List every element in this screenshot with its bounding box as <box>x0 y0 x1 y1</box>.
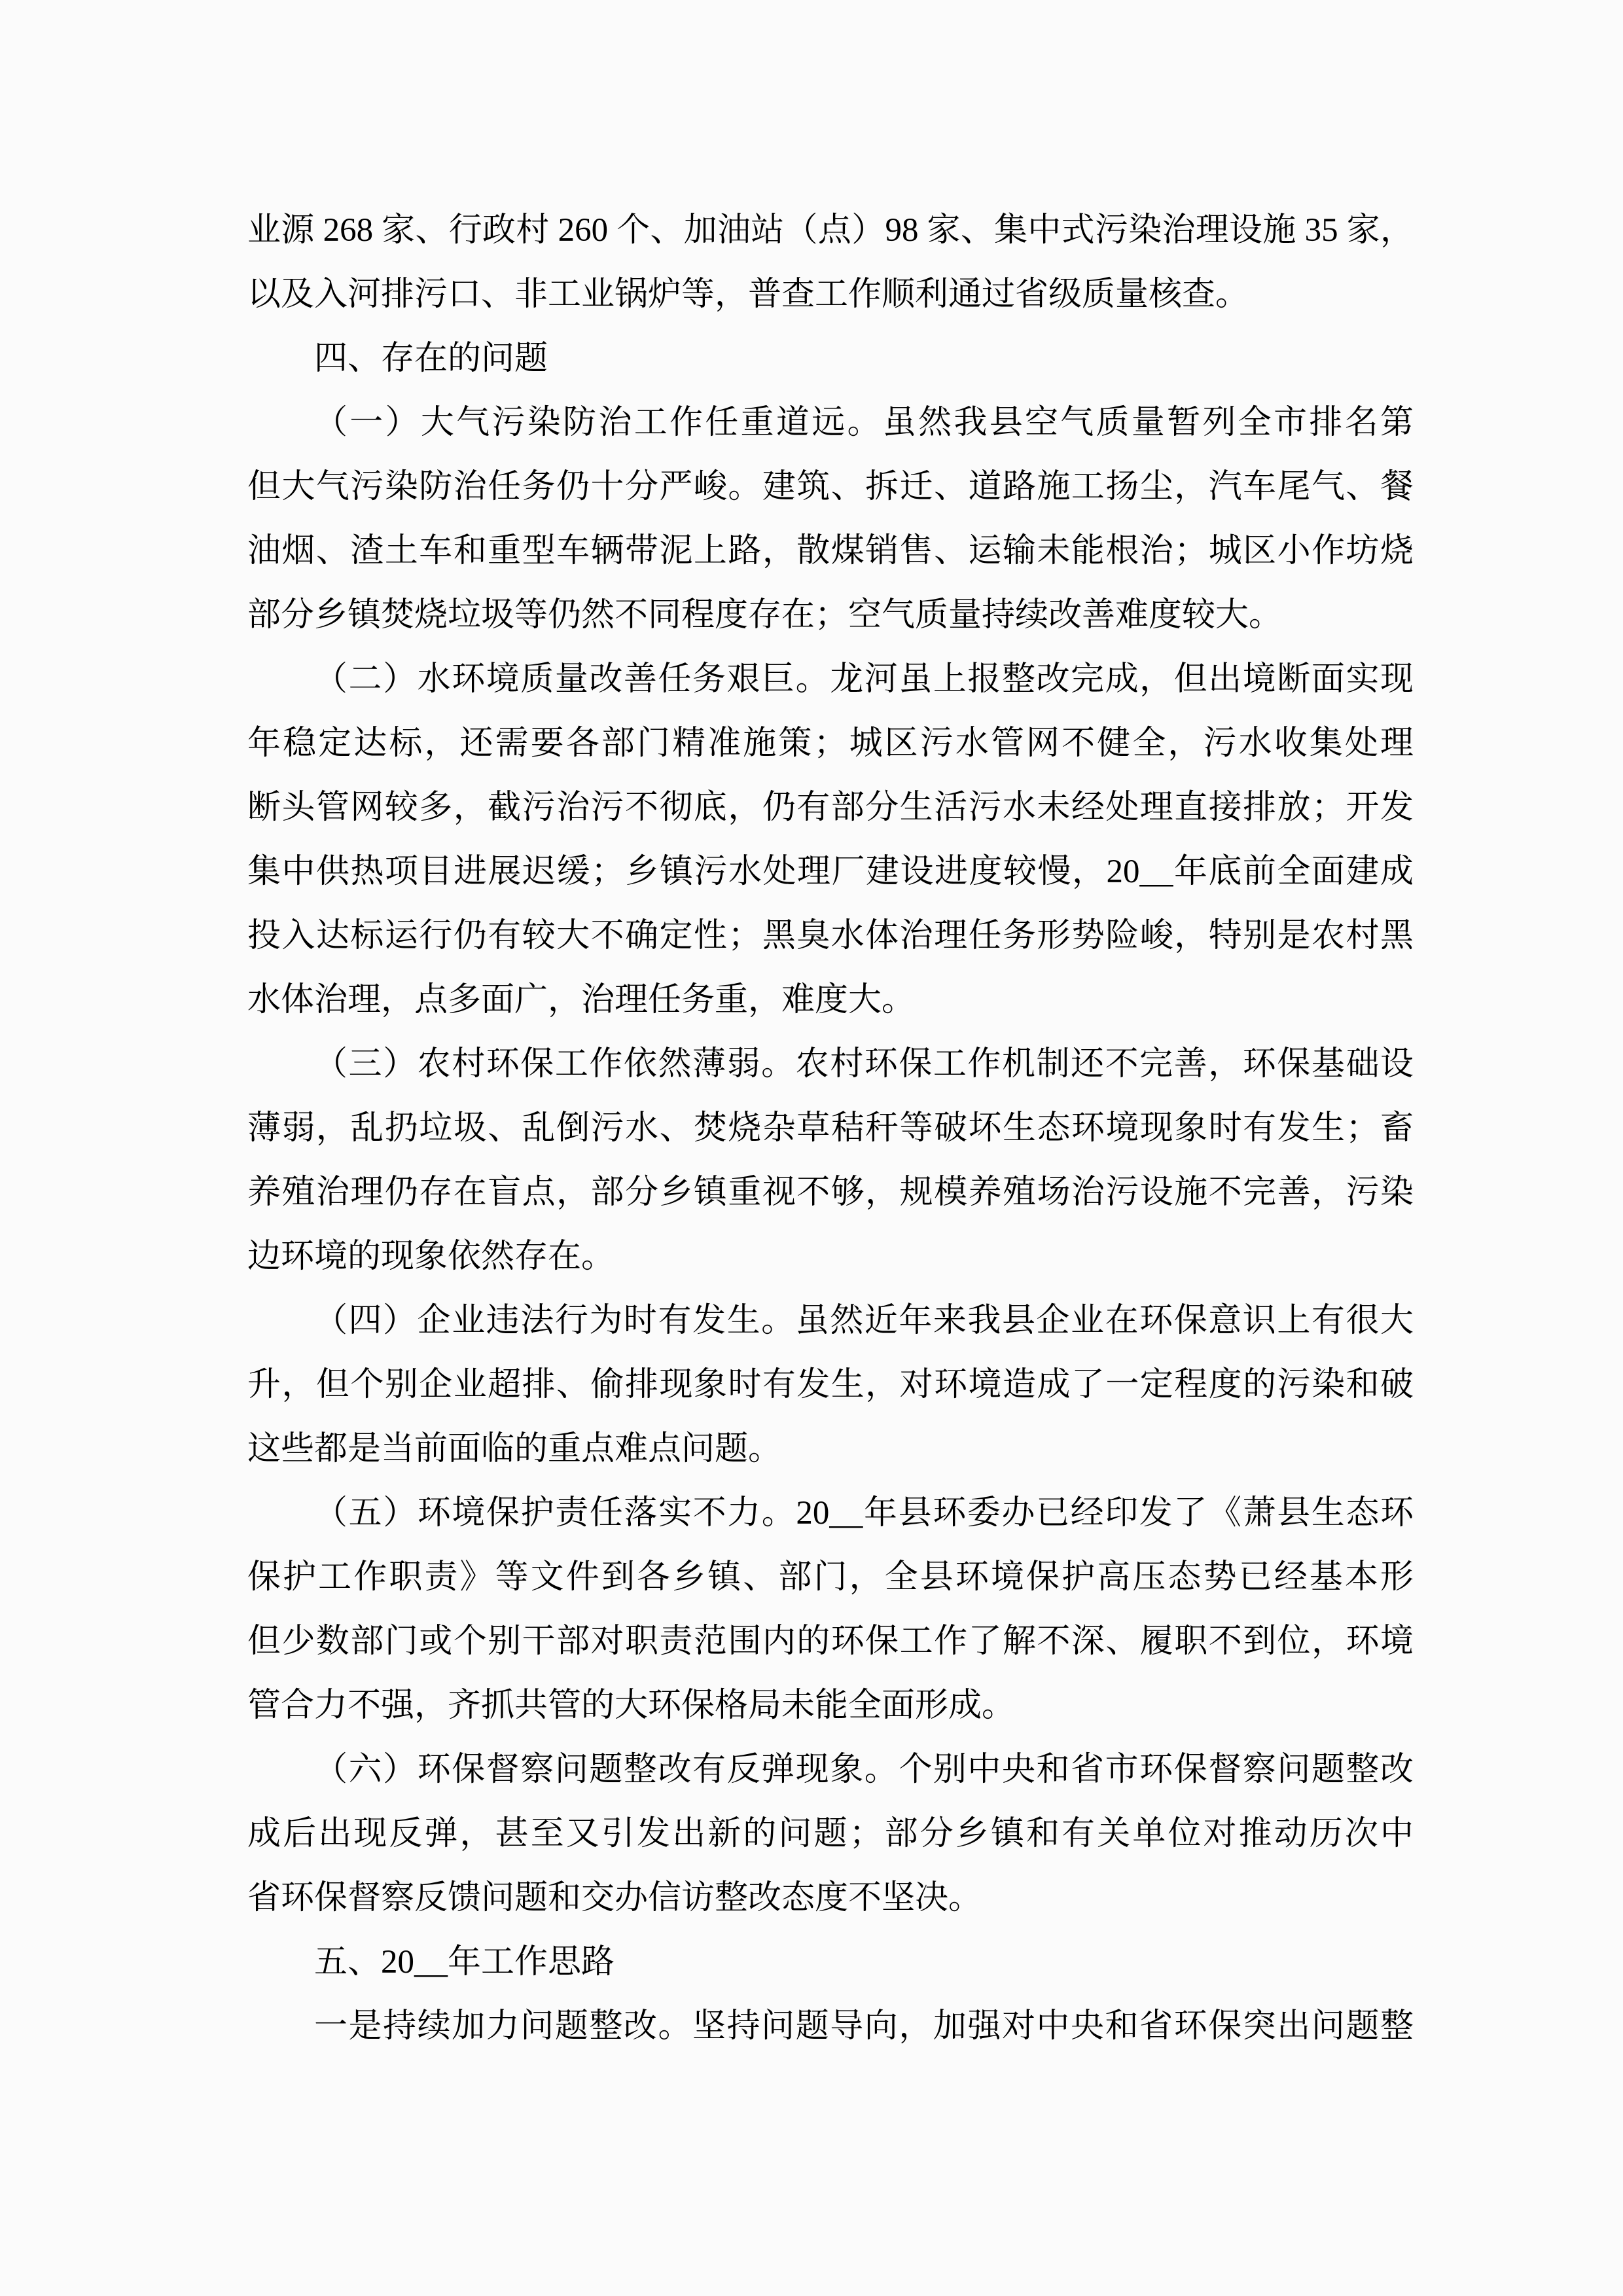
paragraph-line: 管合力不强，齐抓共管的大环保格局未能全面形成。 <box>247 1674 1414 1738</box>
paragraph-line: 断头管网较多，截污治污不彻底，仍有部分生活污水未经处理直接排放；开发区 <box>247 776 1414 840</box>
paragraph-line: （三）农村环保工作依然薄弱。农村环保工作机制还不完善，环保基础设施 <box>247 1032 1414 1096</box>
paragraph-line: 投入达标运行仍有较大不确定性；黑臭水体治理任务形势险峻，特别是农村黑臭 <box>247 904 1414 968</box>
paragraph-line: 养殖治理仍存在盲点，部分乡镇重视不够，规模养殖场治污设施不完善，污染周 <box>247 1160 1414 1225</box>
paragraph-line: （二）水环境质量改善任务艰巨。龙河虽上报整改完成，但出境断面实现常 <box>247 647 1414 711</box>
paragraph-line: （五）环境保护责任落实不力。20__年县环委办已经印发了《萧县生态环境 <box>247 1481 1414 1545</box>
paragraph-line: 薄弱，乱扔垃圾、乱倒污水、焚烧杂草秸秆等破坏生态环境现象时有发生；畜禽 <box>247 1096 1414 1160</box>
paragraph-line: 部分乡镇焚烧垃圾等仍然不同程度存在；空气质量持续改善难度较大。 <box>247 583 1414 647</box>
paragraph-line: （四）企业违法行为时有发生。虽然近年来我县企业在环保意识上有很大提 <box>247 1289 1414 1353</box>
paragraph-line: （六）环保督察问题整改有反弹现象。个别中央和省市环保督察问题整改完 <box>247 1738 1414 1802</box>
paragraph-line: 保护工作职责》等文件到各乡镇、部门，全县环境保护高压态势已经基本形成， <box>247 1545 1414 1609</box>
paragraph-line: 年稳定达标，还需要各部门精准施策；城区污水管网不健全，污水收集处理难， <box>247 711 1414 776</box>
paragraph-line: （一）大气污染防治工作任重道远。虽然我县空气质量暂列全市排名第一， <box>247 391 1414 455</box>
section-heading-line: 五、20__年工作思路 <box>247 1930 1414 1994</box>
paragraph-line: 油烟、渣土车和重型车辆带泥上路，散煤销售、运输未能根治；城区小作坊烧煤、 <box>247 519 1414 583</box>
paragraph-line: 业源 268 家、行政村 260 个、加油站（点）98 家、集中式污染治理设施 … <box>247 198 1414 262</box>
paragraph-line: 但少数部门或个别干部对职责范围内的环保工作了解不深、履职不到位，环境监 <box>247 1609 1414 1674</box>
section-heading-line: 四、存在的问题 <box>247 327 1414 391</box>
paragraph-line: 边环境的现象依然存在。 <box>247 1225 1414 1289</box>
paragraph-line: 但大气污染防治任务仍十分严峻。建筑、拆迁、道路施工扬尘，汽车尾气、餐饮 <box>247 455 1414 519</box>
paragraph-line: 集中供热项目进展迟缓；乡镇污水处理厂建设进度较慢，20__年底前全面建成并 <box>247 840 1414 904</box>
document-page: 业源 268 家、行政村 260 个、加油站（点）98 家、集中式污染治理设施 … <box>247 198 1414 2058</box>
paragraph-line: 省环保督察反馈问题和交办信访整改态度不坚决。 <box>247 1866 1414 1930</box>
paragraph-line: 成后出现反弹，甚至又引发出新的问题；部分乡镇和有关单位对推动历次中央、 <box>247 1802 1414 1866</box>
paragraph-line: 以及入河排污口、非工业锅炉等，普查工作顺利通过省级质量核查。 <box>247 262 1414 327</box>
paragraph-line: 水体治理，点多面广，治理任务重，难度大。 <box>247 968 1414 1032</box>
paragraph-line: 升，但个别企业超排、偷排现象时有发生，对环境造成了一定程度的污染和破坏， <box>247 1353 1414 1417</box>
paragraph-line: 一是持续加力问题整改。坚持问题导向，加强对中央和省环保突出问题整改 <box>247 1994 1414 2058</box>
paragraph-line: 这些都是当前面临的重点难点问题。 <box>247 1417 1414 1481</box>
